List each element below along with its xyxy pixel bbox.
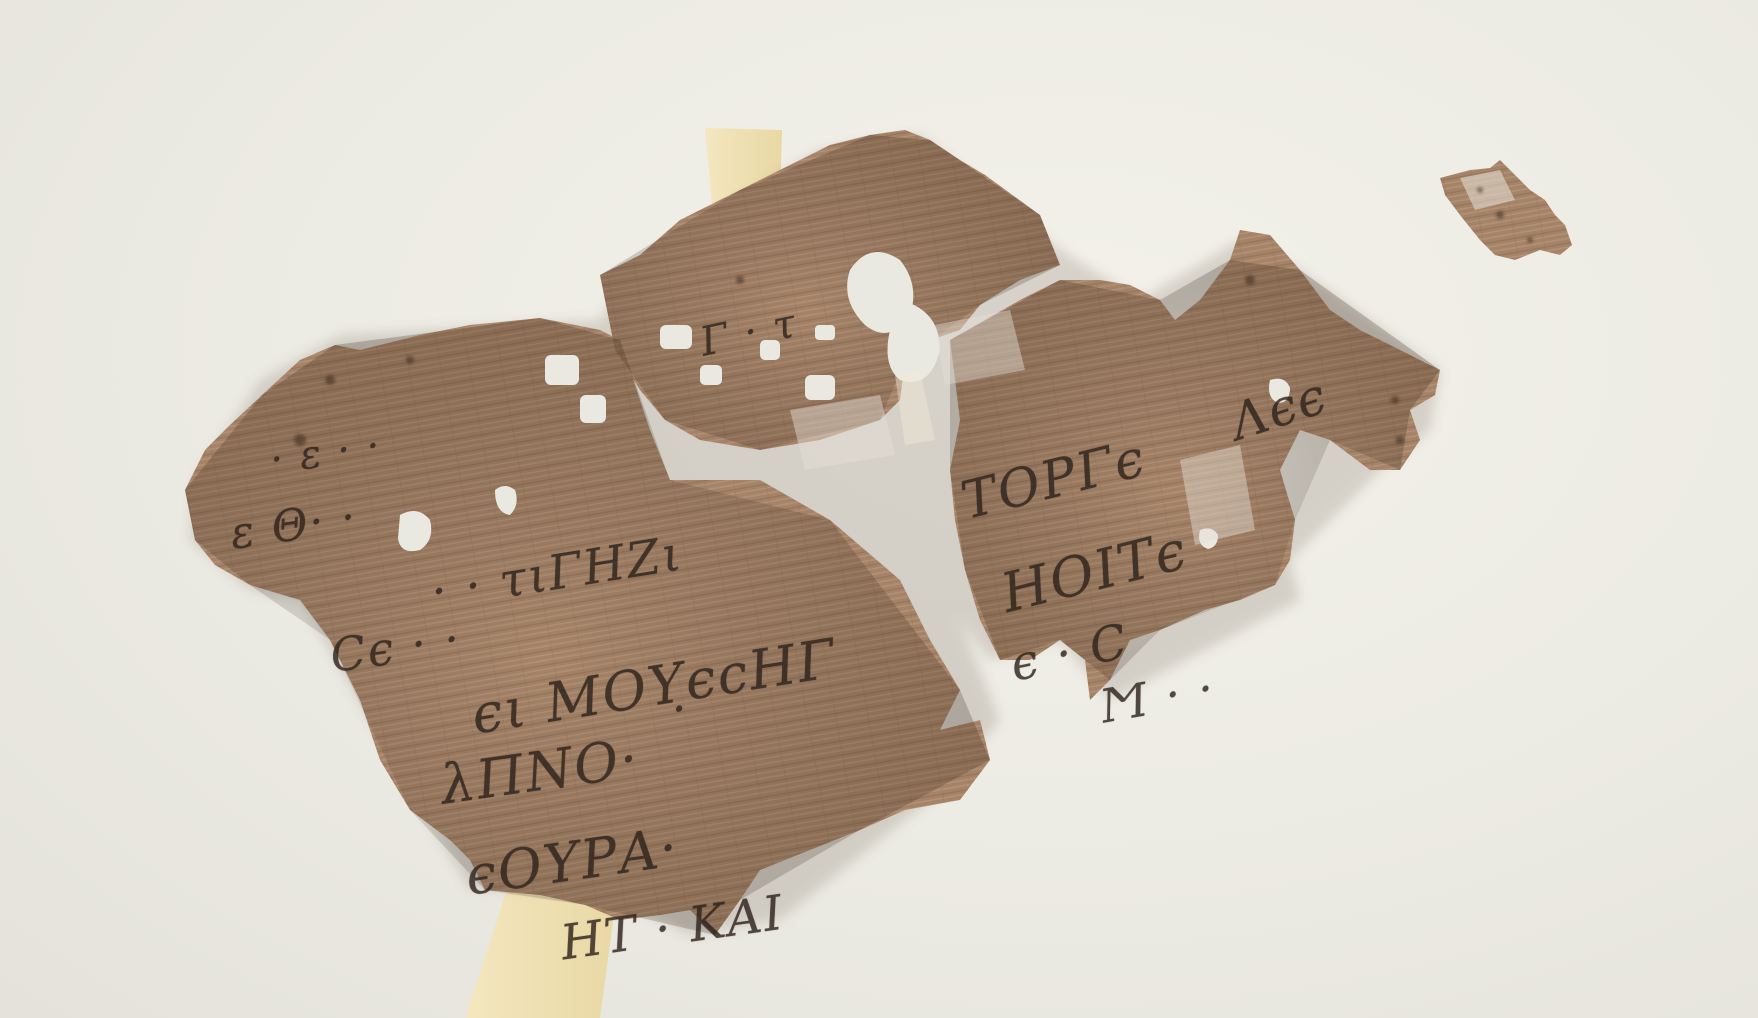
small-detached-fragment [1440, 160, 1572, 260]
photo-scene: · ɛ · ·ɛ Θ· ·· · τιΓΗΖιϹϵ · ·ϵι ΜΟΥ̣ϵϲΗΓ… [0, 0, 1758, 1018]
